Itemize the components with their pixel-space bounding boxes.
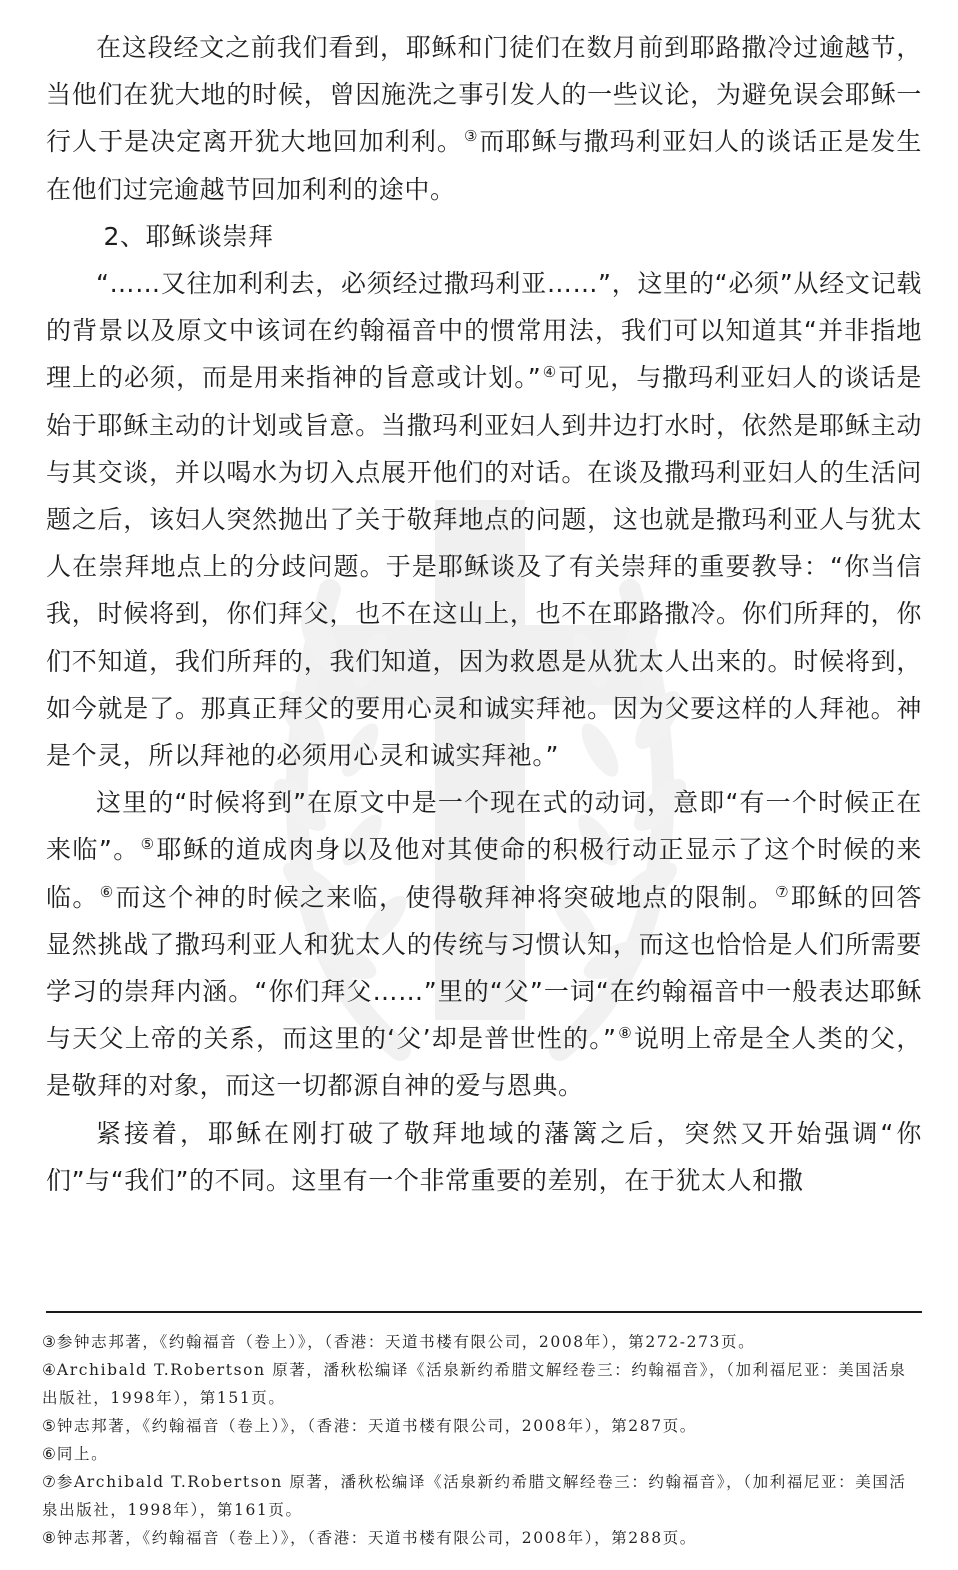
paragraph-text: 而这个神的时候之来临，使得敬拜神将突破地点的限制。 bbox=[116, 883, 775, 912]
footnote-ref-5[interactable]: ⑤ bbox=[141, 835, 156, 853]
footnote-number: ⑥ bbox=[42, 1445, 56, 1463]
footnote-text: 参钟志邦著，《约翰福音（卷上）》，（香港：天道书楼有限公司，2008年），第27… bbox=[57, 1333, 755, 1351]
footnote-ref-8[interactable]: ⑧ bbox=[618, 1024, 633, 1042]
paragraph-text: 紧接着，耶稣在刚打破了敬拜地域的藩篱之后，突然又开始强调“你们”与“我们”的不同… bbox=[46, 1119, 922, 1195]
footnote-7: ⑦参Archibald T.Robertson 原著，潘秋松编译《活泉新约希腊文… bbox=[42, 1468, 912, 1524]
footnotes: ③参钟志邦著，《约翰福音（卷上）》，（香港：天道书楼有限公司，2008年），第2… bbox=[42, 1328, 912, 1552]
footnote-number: ④ bbox=[42, 1361, 56, 1379]
footnote-text: 同上。 bbox=[57, 1445, 108, 1463]
section-heading: 2、耶稣谈崇拜 bbox=[46, 213, 922, 260]
footnote-number: ③ bbox=[42, 1333, 56, 1351]
footnote-ref-7[interactable]: ⑦ bbox=[775, 883, 790, 901]
footnote-number: ⑤ bbox=[42, 1417, 56, 1435]
paragraph-4: 紧接着，耶稣在刚打破了敬拜地域的藩篱之后，突然又开始强调“你们”与“我们”的不同… bbox=[46, 1110, 922, 1204]
footnote-divider bbox=[46, 1311, 922, 1313]
footnote-ref-6[interactable]: ⑥ bbox=[100, 883, 115, 901]
footnote-text: 钟志邦著，《约翰福音（卷上）》，（香港：天道书楼有限公司，2008年），第287… bbox=[57, 1417, 697, 1435]
footnote-text: Archibald T.Robertson 原著，潘秋松编译《活泉新约希腊文解经… bbox=[42, 1361, 907, 1407]
paragraph-text: 可见，与撒玛利亚妇人的谈话是始于耶稣主动的计划或旨意。当撒玛利亚妇人到井边打水时… bbox=[46, 363, 922, 770]
footnote-number: ⑦ bbox=[42, 1473, 56, 1491]
footnote-text: 钟志邦著，《约翰福音（卷上）》，（香港：天道书楼有限公司，2008年），第288… bbox=[57, 1529, 697, 1547]
paragraph-2: “……又往加利利去，必须经过撒玛利亚……”，这里的“必须”从经文记载的背景以及原… bbox=[46, 260, 922, 779]
footnote-6: ⑥同上。 bbox=[42, 1440, 912, 1468]
footnote-5: ⑤钟志邦著，《约翰福音（卷上）》，（香港：天道书楼有限公司，2008年），第28… bbox=[42, 1412, 912, 1440]
footnote-3: ③参钟志邦著，《约翰福音（卷上）》，（香港：天道书楼有限公司，2008年），第2… bbox=[42, 1328, 912, 1356]
footnote-number: ⑧ bbox=[42, 1529, 56, 1547]
paragraph-1: 在这段经文之前我们看到，耶稣和门徒们在数月前到耶路撒冷过逾越节，当他们在犹大地的… bbox=[46, 24, 922, 213]
document-page: 在这段经文之前我们看到，耶稣和门徒们在数月前到耶路撒冷过逾越节，当他们在犹大地的… bbox=[46, 24, 922, 1204]
footnote-ref-4[interactable]: ④ bbox=[542, 363, 557, 381]
footnote-4: ④Archibald T.Robertson 原著，潘秋松编译《活泉新约希腊文解… bbox=[42, 1356, 912, 1412]
footnote-text: 参Archibald T.Robertson 原著，潘秋松编译《活泉新约希腊文解… bbox=[42, 1473, 907, 1519]
footnote-8: ⑧钟志邦著，《约翰福音（卷上）》，（香港：天道书楼有限公司，2008年），第28… bbox=[42, 1524, 912, 1552]
body-text: 在这段经文之前我们看到，耶稣和门徒们在数月前到耶路撒冷过逾越节，当他们在犹大地的… bbox=[46, 24, 922, 1204]
footnote-ref-3[interactable]: ③ bbox=[464, 127, 479, 145]
paragraph-3: 这里的“时候将到”在原文中是一个现在式的动词，意即“有一个时候正在来临”。⑤耶稣… bbox=[46, 779, 922, 1109]
